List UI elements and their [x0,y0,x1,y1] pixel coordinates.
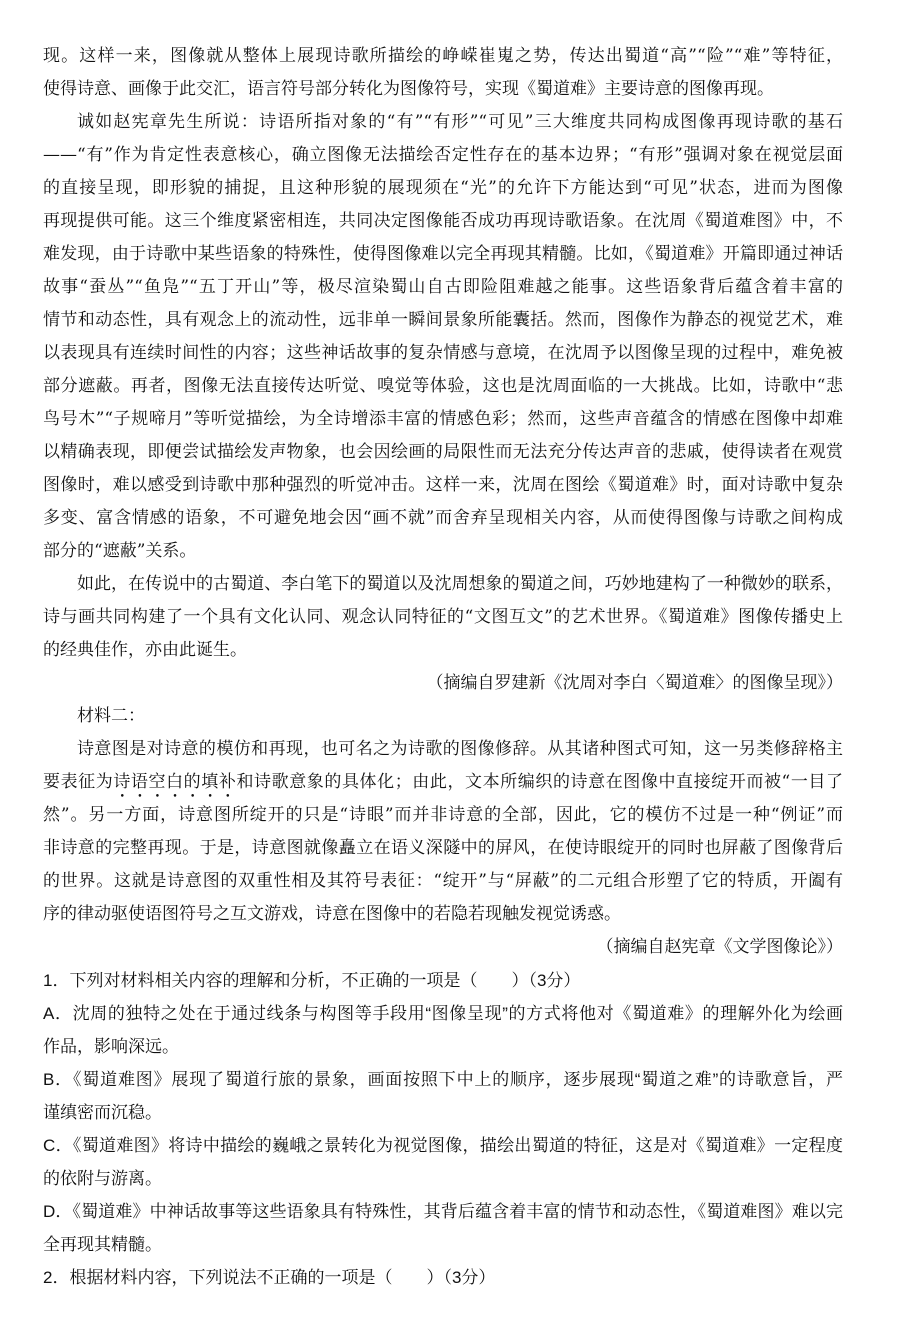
option-c[interactable]: C．《蜀道难图》将诗中描绘的巍峨之景转化为视觉图像，描绘出蜀道的特征，这是对《蜀… [43,1129,843,1195]
option-line: 的依附与游离。 [43,1162,843,1195]
option-line: A．沈周的独特之处在于通过线条与构图等手段用“图像呈现”的方式将他对《蜀道难》的… [43,997,843,1030]
text-line: ——“有”作为肯定性表意核心，确立图像无法描绘否定性存在的基本边界；“有形”强调… [43,139,843,172]
text-line: 现。这样一来，图像就从整体上展现诗歌所描绘的峥嵘崔嵬之势，传达出蜀道“高”“险”… [43,40,843,73]
text-line: 故事“蚕丛”“鱼凫”“五丁开山”等，极尽渲染蜀山自古即险阻难越之能事。这些语象背… [43,271,843,304]
text-line: 以表现具有连续时间性的内容；这些神话故事的复杂情感与意境，在沈周予以图像呈现的过… [43,337,843,370]
question-stem: 2．根据材料内容，下列说法不正确的一项是（ ）（3分） [43,1261,843,1294]
question-2: 2．根据材料内容，下列说法不正确的一项是（ ）（3分） [43,1261,843,1294]
question-stem: 1．下列对材料相关内容的理解和分析，不正确的一项是（ ）（3分） [43,964,843,997]
question-1: 1．下列对材料相关内容的理解和分析，不正确的一项是（ ）（3分） A．沈周的独特… [43,964,843,1261]
text-line: 诚如赵宪章先生所说：诗语所指对象的“有”“有形”“可见”三大维度共同构成图像再现… [43,106,843,139]
material-two-source: （摘编自赵宪章《文学图像论》） [43,931,843,964]
text-line: 多变、富含情感的语象，不可避免地会因“画不就”而舍弃呈现相关内容，从而使得图像与… [43,502,843,535]
option-a[interactable]: A．沈周的独特之处在于通过线条与构图等手段用“图像呈现”的方式将他对《蜀道难》的… [43,997,843,1063]
material-one-paragraph-2: 诚如赵宪章先生所说：诗语所指对象的“有”“有形”“可见”三大维度共同构成图像再现… [43,106,843,568]
text-line: 再现提供可能。这三个维度紧密相连，共同决定图像能否成功再现诗歌语象。在沈周《蜀道… [43,205,843,238]
option-d[interactable]: D．《蜀道难》中神话故事等这些语象具有特殊性，其背后蕴含着丰富的情节和动态性，《… [43,1195,843,1261]
material-two-paragraph: 诗意图是对诗意的模仿和再现，也可名之为诗歌的图像修辞。从其诸种图式可知，这一另类… [43,733,843,931]
text-line-with-emphasis: 要表征为诗语空白的填补和诗歌意象的具体化；由此，文本所编织的诗意在图像中直接绽开… [43,766,843,799]
option-line: 作品，影响深远。 [43,1030,843,1063]
text-line: 图像时，难以感受到诗歌中那种强烈的听觉冲击。这样一来，沈周在图绘《蜀道难》时，面… [43,469,843,502]
text-line: 部分的“遮蔽”关系。 [43,535,843,568]
text-line: 诗与画共同构建了一个具有文化认同、观念认同特征的“文图互文”的艺术世界。《蜀道难… [43,601,843,634]
text-line: 部分遮蔽。再者，图像无法直接传达听觉、嗅觉等体验，这也是沈周面临的一大挑战。比如… [43,370,843,403]
material-one-source: （摘编自罗建新《沈周对李白〈蜀道难〉的图像呈现》） [43,667,843,700]
option-line: D．《蜀道难》中神话故事等这些语象具有特殊性，其背后蕴含着丰富的情节和动态性，《… [43,1195,843,1228]
text-line: 难发现，由于诗歌中某些语象的特殊性，使得图像难以完全再现其精髓。比如，《蜀道难》… [43,238,843,271]
material-one-paragraph-3: 如此，在传说中的古蜀道、李白笔下的蜀道以及沈周想象的蜀道之间，巧妙地建构了一种微… [43,568,843,667]
text-line: 如此，在传说中的古蜀道、李白笔下的蜀道以及沈周想象的蜀道之间，巧妙地建构了一种微… [43,568,843,601]
option-line: B．《蜀道难图》展现了蜀道行旅的景象，画面按照下中上的顺序，逐步展现“蜀道之难”… [43,1063,843,1096]
option-line: C．《蜀道难图》将诗中描绘的巍峨之景转化为视觉图像，描绘出蜀道的特征，这是对《蜀… [43,1129,843,1162]
material-one-paragraph-1: 现。这样一来，图像就从整体上展现诗歌所描绘的峥嵘崔嵬之势，传达出蜀道“高”“险”… [43,40,843,106]
material-two-heading: 材料二： [43,700,843,733]
exam-page: 现。这样一来，图像就从整体上展现诗歌所描绘的峥嵘崔嵬之势，传达出蜀道“高”“险”… [43,40,843,1294]
text-line: 使得诗意、画像于此交汇，语言符号部分转化为图像符号，实现《蜀道难》主要诗意的图像… [43,73,843,106]
emphasized-text: 诗语空白的填补 [113,772,236,792]
option-line: 谨缜密而沉稳。 [43,1096,843,1129]
text-line: 诗意图是对诗意的模仿和再现，也可名之为诗歌的图像修辞。从其诸种图式可知，这一另类… [43,733,843,766]
text-segment: 要表征为 [43,772,113,792]
text-line: 的世界。这就是诗意图的双重性相及其符号表征：“绽开”与“屏蔽”的二元组合形塑了它… [43,865,843,898]
text-line: 的经典佳作，亦由此诞生。 [43,634,843,667]
text-line: 非诗意的完整再现。于是，诗意图就像矗立在语义深隧中的屏风，在使诗眼绽开的同时也屏… [43,832,843,865]
text-line: 的直接呈现，即形貌的捕捉，且这种形貌的展现须在“光”的允许下方能达到“可见”状态… [43,172,843,205]
option-b[interactable]: B．《蜀道难图》展现了蜀道行旅的景象，画面按照下中上的顺序，逐步展现“蜀道之难”… [43,1063,843,1129]
text-line: 序的律动驱使语图符号之互文游戏，诗意在图像中的若隐若现触发视觉诱惑。 [43,898,843,931]
option-line: 全再现其精髓。 [43,1228,843,1261]
text-line: 然”。另一方面，诗意图所绽开的只是“诗眼”而并非诗意的全部，因此，它的模仿不过是… [43,799,843,832]
text-line: 以精确表现，即便尝试描绘发声物象，也会因绘画的局限性而无法充分传达声音的悲戚，使… [43,436,843,469]
text-line: 鸟号木”“子规啼月”等听觉描绘，为全诗增添丰富的情感色彩；然而，这些声音蕴含的情… [43,403,843,436]
text-segment: 和诗歌意象的具体化；由此，文本所编织的诗意在图像中直接绽开而被“一目了 [236,772,843,792]
text-line: 情节和动态性，具有观念上的流动性，远非单一瞬间景象所能囊括。然而，图像作为静态的… [43,304,843,337]
